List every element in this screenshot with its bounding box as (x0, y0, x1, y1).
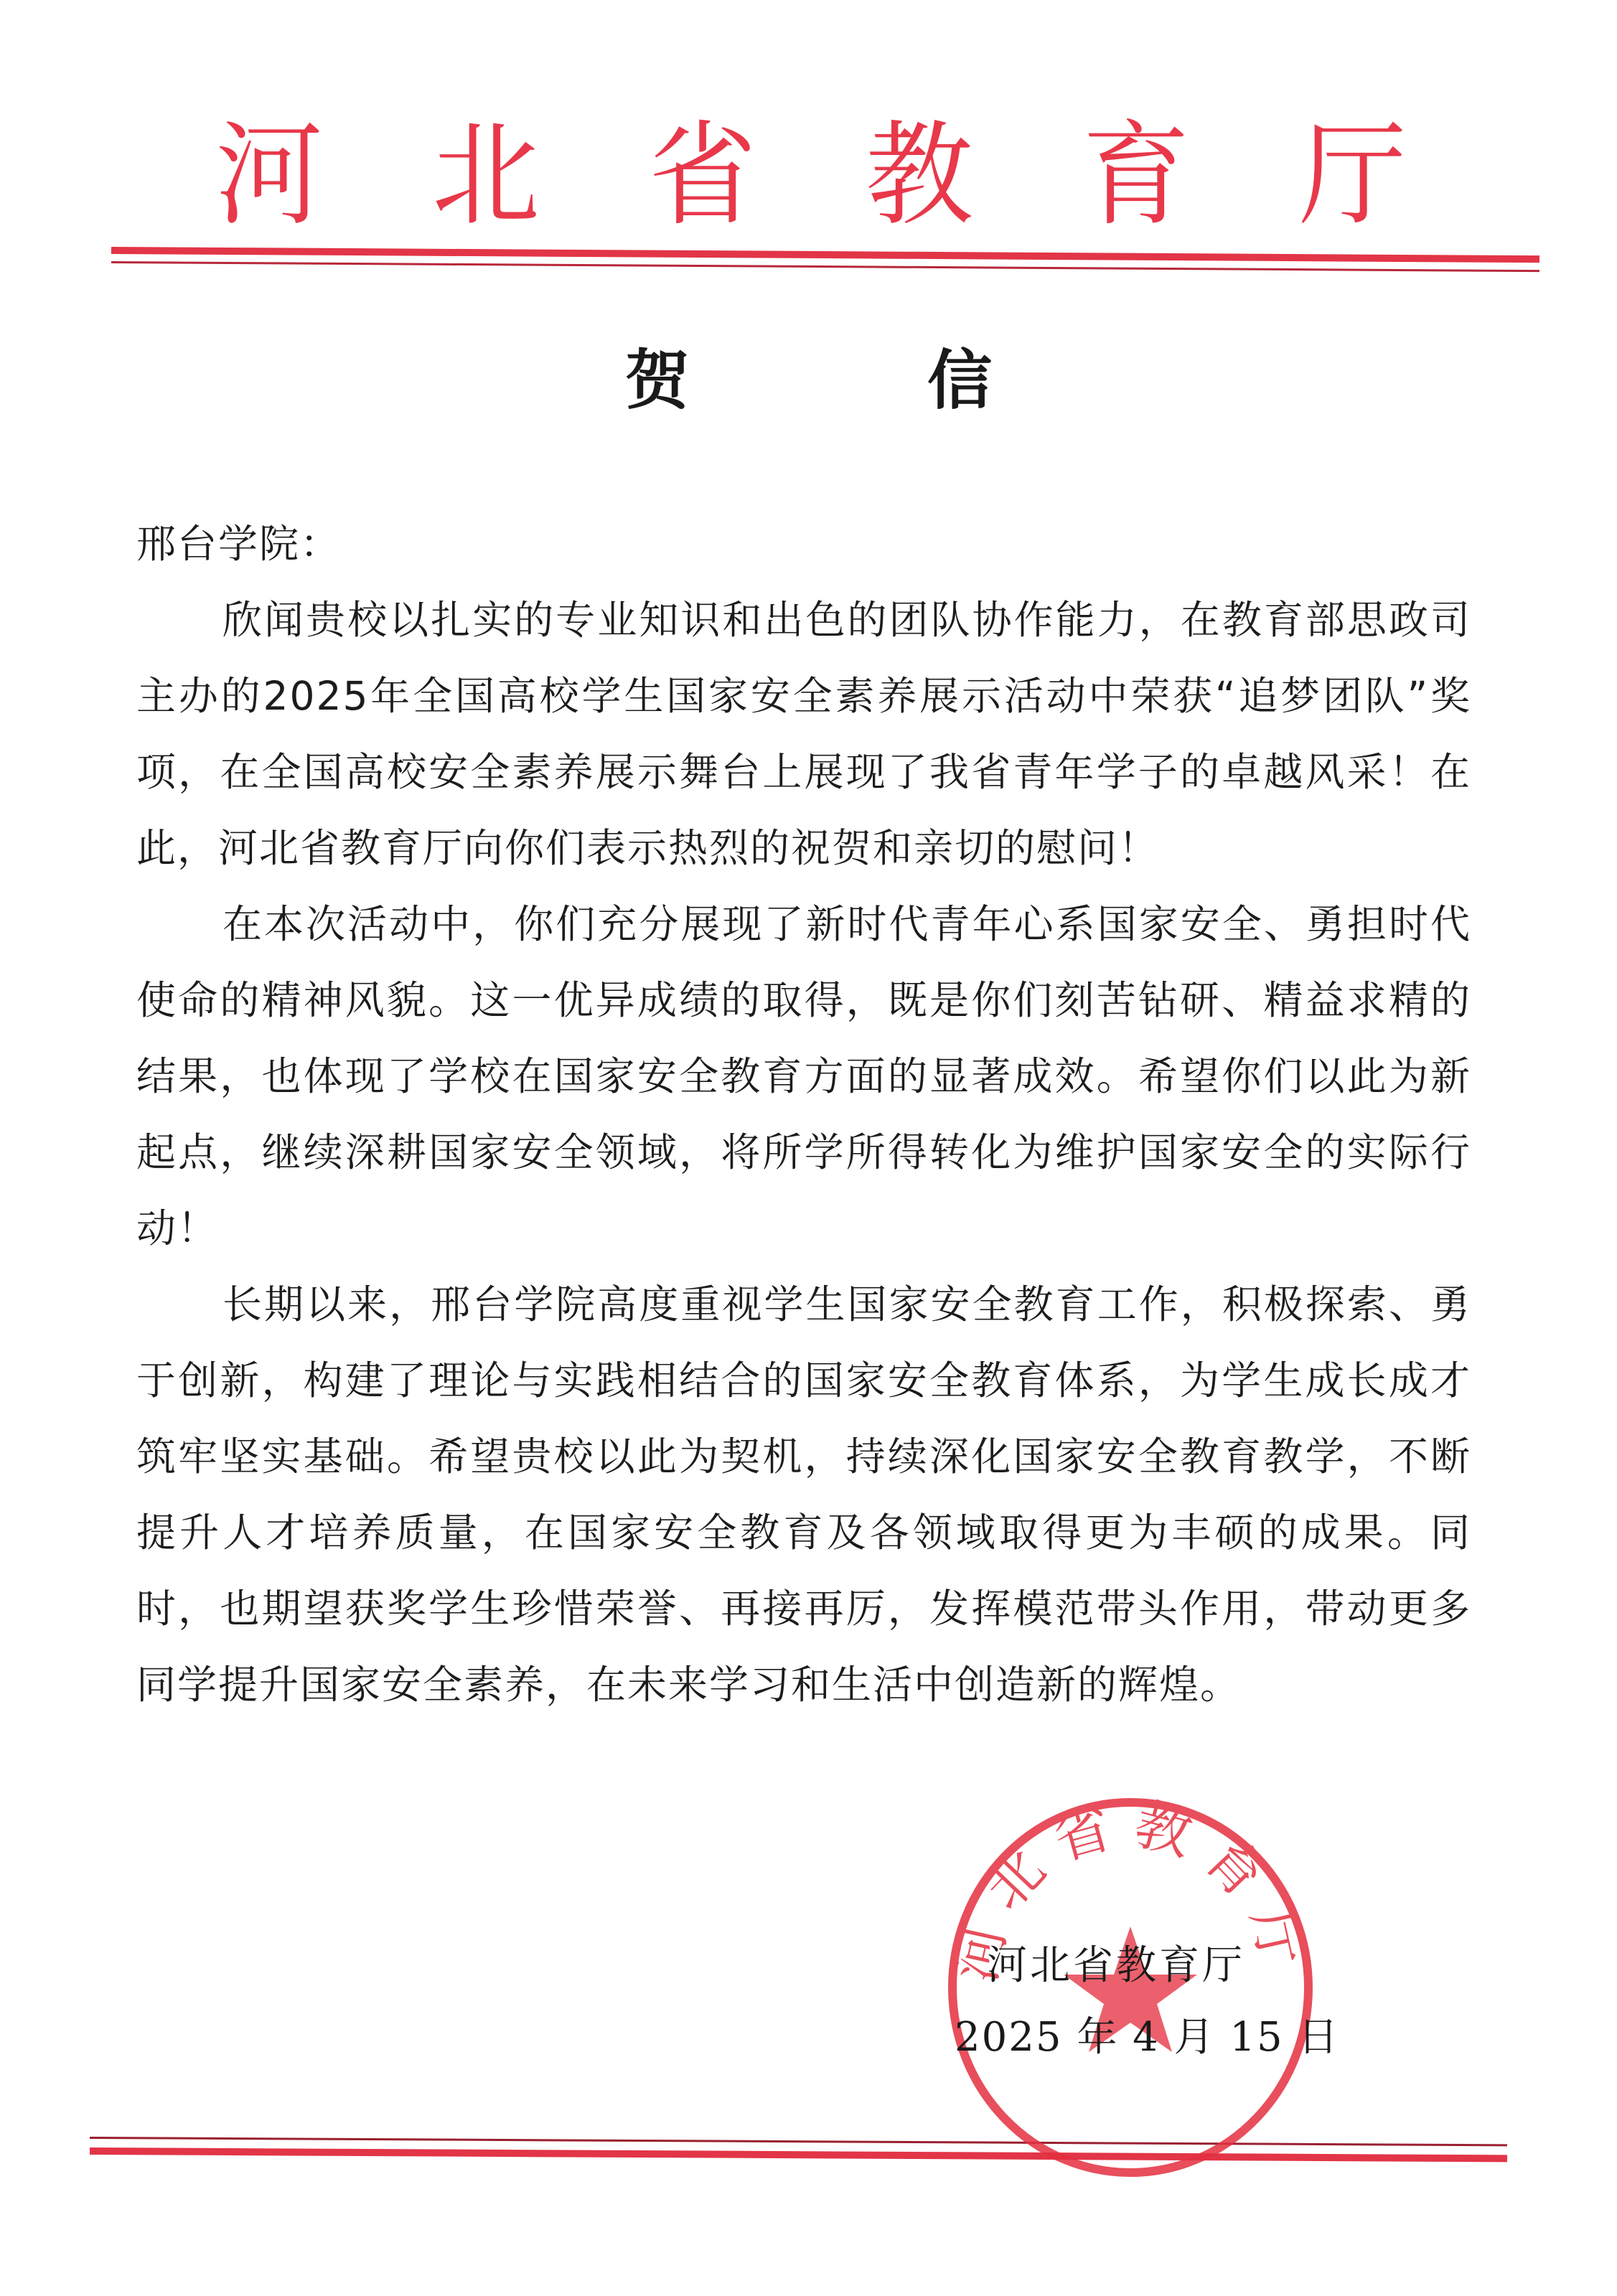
salutation: 邢台学院： (136, 506, 1471, 582)
letterhead-char: 河 (215, 112, 323, 240)
signature-block: 河北省教育厅 2025 年 4 月 15 日 (955, 1930, 1457, 2074)
paragraph-1: 欣闻贵校以扎实的专业知识和出色的团队协作能力，在教育部思政司主办的2025年全国… (136, 582, 1471, 886)
letterhead-org-name: 河 北 省 教 育 厅 (215, 115, 1407, 237)
letter-body: 邢台学院： 欣闻贵校以扎实的专业知识和出色的团队协作能力，在教育部思政司主办的2… (136, 506, 1471, 1723)
letterhead: 河 北 省 教 育 厅 (0, 100, 1617, 244)
letterhead-divider-thin (111, 261, 1539, 272)
letterhead-char: 厅 (1299, 112, 1407, 240)
signature-date: 2025 年 4 月 15 日 (955, 2002, 1457, 2074)
letterhead-char: 省 (649, 112, 756, 240)
paragraph-3: 长期以来，邢台学院高度重视学生国家安全教育工作，积极探索、勇于创新，构建了理论与… (136, 1266, 1471, 1723)
paragraph-2: 在本次活动中，你们充分展现了新时代青年心系国家安全、勇担时代使命的精神风貌。这一… (136, 886, 1471, 1266)
document-title: 贺 信 (0, 341, 1617, 420)
letterhead-divider-thick (111, 247, 1539, 263)
signature-org: 河北省教育厅 (955, 1930, 1457, 2002)
letterhead-char: 教 (866, 112, 973, 240)
letterhead-char: 育 (1082, 112, 1190, 240)
letterhead-char: 北 (432, 112, 540, 240)
